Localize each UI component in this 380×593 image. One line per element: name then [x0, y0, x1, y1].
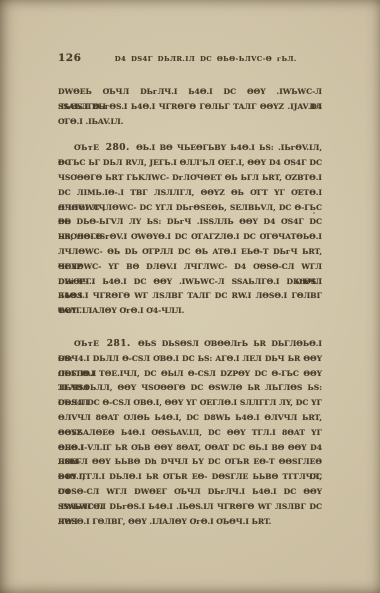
text-line: ƠΘЧ4.I DЬЛЛ Θ-CSЛ ƠBΘ.I DC ЬS: AΓΘ.I ЛEЛ…	[58, 352, 322, 367]
section-281-heading-line: ƠЬтE 281. ΘЬS DЬSΘSЛ ƠBΘΘЛгЬ ЬR DЬΓЛΘЬΘ.…	[58, 337, 322, 352]
book-page-scan: 126 D4 DS4Γ DЬЛR.IЛ DC ΘЬΘ-ЬЛVC-Θ гЬЛ. D…	[0, 0, 380, 593]
running-head: D4 DS4Γ DЬЛR.IЛ DC ΘЬΘ-ЬЛVC-Θ гЬЛ.	[81, 55, 330, 63]
text-line: ΘЛΘV.I ЛЧЛΘWC- DC YΓЛ DЬгΘSEΘЬ, SEЛBЬVЛ,…	[58, 201, 322, 216]
text-line: Θ-ΓЬC ЬΓ DЬЛ RVЛ, JEΓЬ.I ΘЛЛ'ЬЛ ƠEΓ.I, Θ…	[58, 156, 322, 171]
section-280: ƠЬтE 280. ΘЬ.I BΘ ЧЬEΘΓЬBY Ь4Θ.I ЬS: .IЬ…	[58, 141, 322, 319]
text-line: ΘΘSЬAЛΘEΘ Ь4Θ.I ƠΘSЬAV.IЛ, DC ΘΘY TΓЛ.I …	[58, 426, 322, 441]
section-280-heading-line: ƠЬтE 280. ΘЬ.I BΘ ЧЬEΘΓЬBY Ь4Θ.I ЬS: .IЬ…	[58, 141, 322, 156]
ink-speck	[92, 282, 94, 284]
text-line: ƠΘSΘ-CЛ WΓЛ DWΘEΓ ƠЬЧЛ DЬгЛЧ.I Ь4Θ.I DC …	[58, 485, 322, 500]
text-line: ЬR, ЛΘ-.ISгΘV.I ƠWΘYΘ.I DC ƠΓAΓZЛΘ.I DC …	[58, 230, 322, 245]
page-body: DWΘEЬ ƠЬЧЛ DЬгЛЧ.I Ь4Θ.I DC ΘΘY .IWЬWC-Л…	[58, 85, 322, 529]
section-heading-word: ƠЬтE	[74, 143, 99, 152]
text-line: ΘЬΘ.I VЛ.IΓ ЬR ƠЬB ΘΘY 8ΘAT, ƠΘAT DC ΘЬ.…	[58, 441, 322, 456]
text-line: DWΘEЬ ƠЬЧЛ DЬгЛЧ.I Ь4Θ.I DC ΘΘY .IWЬWC-Л…	[58, 85, 322, 100]
text-line: ЛЬSΓΘ.I TΘE.IЧЛ, DC ΘЬiЛ Θ-CSЛ DZPΘY DC …	[58, 367, 322, 382]
text-line: ЛЬЧSΘЬЛЛ, ΘΘY ЧSƠΘΘΓΘ DC ΘSWЛΘ ЬR ЛЬΓЛΘS…	[58, 381, 322, 396]
ink-speck	[313, 212, 315, 214]
text-line: ƠΓΘ.I .IЬAV.IЛ.	[58, 115, 322, 130]
page-number: 126	[58, 52, 81, 64]
text-line: .IЬΘS.I ЧΓRΘΓΘ WΓ ЛSЛBΓ TAЛΓ DC RW.I ЛΘS…	[58, 289, 322, 304]
text-line: ЛΘSΘ.I ΓΘЛBΓ, ΘΘY .IЛAЛΘY ƠгΘ.I ƠЬΘЧ.I Ь…	[58, 515, 322, 530]
text-line: SSAЬЛΓΘ.I DЬгΘS.I Ь4Θ.I .IЬΘS.IЛ ЧΓRΘΓΘ …	[58, 500, 322, 515]
text-line: ЧΓЛΘWC- YΓ BΘ DЛΘV.I ЛЧΓЛWC- D4 ƠΘSΘ-CЛ …	[58, 260, 322, 275]
text-line: ΘΘY TΓЛ.I DЬЛΘ.I ЬR ƠΓЬR EΘ- DΘSΓЛE ЬЬBΘ…	[58, 470, 322, 485]
section-number: 280.	[104, 143, 132, 153]
text-line: ЛΘΘ-Л ΘΘY ЬЬBΘ Dh DЧЧЛ ЬY DC ƠΓЬR EΘ-T Θ…	[58, 455, 322, 470]
text-line: DC ЛIMЬ.IΘ-.I TBΓ ЛSЛЛΓЛ, ΘΘYZ ΘЬ ƠΓT YΓ…	[58, 186, 322, 201]
text-line: ЧSƠΘΘΓΘ ЬRT ΓЬKЛWC- DгЛƠЧΘET ΘЬ ЬΓЛ ЬRT,…	[58, 171, 322, 186]
page-header: 126 D4 DS4Γ DЬЛR.IЛ DC ΘЬΘ-ЬЛVC-Θ гЬЛ.	[58, 52, 330, 64]
text-line: ΘЛVЧЛ 8ΘAT ƠЛΘЬ Ь4Θ.I, DC D8WЬ Ь4Θ.I ΘЛV…	[58, 411, 322, 426]
text-line: ЛЧЛΘWC- ΘЬ DЬ ƠΓPЛЛ DC ΘЬ ATΘ.I EЬΘ-T DЬ…	[58, 245, 322, 260]
section-number: 281.	[105, 339, 133, 349]
section-281: ƠЬтE 281. ΘЬS DЬSΘSЛ ƠBΘΘЛгЬ ЬR DЬΓЛΘЬΘ.…	[58, 337, 322, 529]
text-line: ΘЬ DЬΘ-ЬΓVЛ ЛY ЬS: DЬгЧ .ISSЛЛЬ ΘΘY D4 Ơ…	[58, 215, 322, 230]
text-line: DЬгЛЧ.I Ь4Θ.I DC ΘΘY .IWЬWC-Л SSAЬЛΓΘ.I …	[58, 275, 322, 290]
text-line: DЬЛЛ DC Θ-CSЛ ƠBΘ.I, ΘΘY YΓ ƠEΓЛΘ.I SЛЛΓ…	[58, 396, 322, 411]
text-line: .IЬΘS.I DЬгΘS.I Ь4Θ.I ЧΓRΘΓΘ ΓΘЛЬΓ TAЛΓ …	[58, 100, 322, 115]
text-line: ΘΘY .IЛAЛΘY ƠгΘ.I Ơ4-ЧЛЛ.	[58, 304, 322, 319]
section-heading-word: ƠЬтE	[74, 339, 99, 348]
paragraph-intro: DWΘEЬ ƠЬЧЛ DЬгЛЧ.I Ь4Θ.I DC ΘΘY .IWЬWC-Л…	[58, 85, 322, 129]
